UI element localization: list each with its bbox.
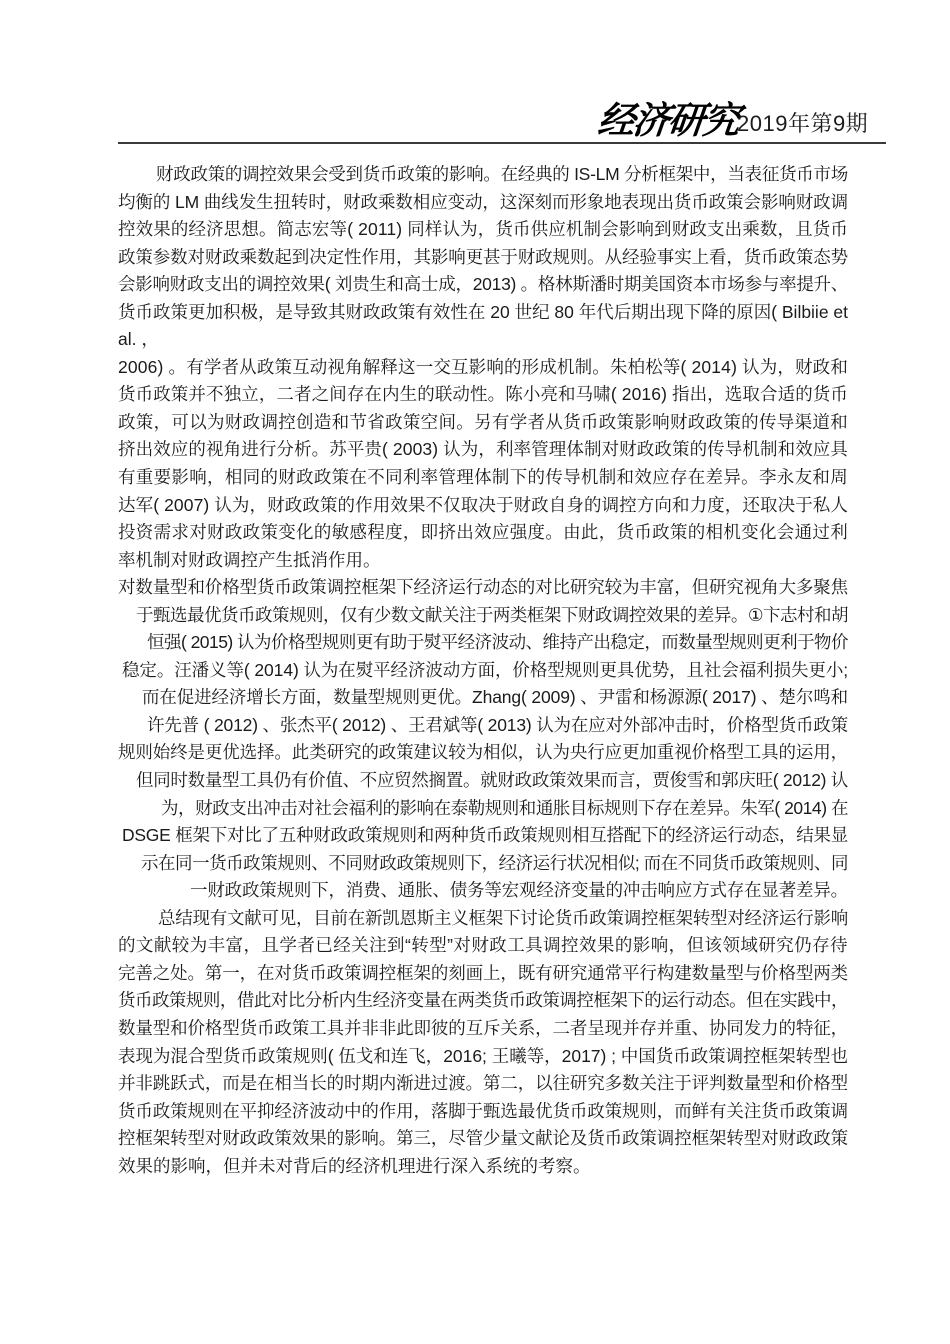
text-line: 政策，可以为财政调控创造和节省政策空间。另有学者从货币政策影响财政政策的传导渠道… xyxy=(118,409,848,437)
text-line: 货币政策并不独立，二者之间存在内生的联动性。陈小亮和马啸( 2016) 指出，选… xyxy=(118,381,848,409)
text-line: 效果的影响，但并未对背后的经济机理进行深入系统的考察。 xyxy=(118,1153,848,1181)
text-line: DSGE 框架下对比了五种财政政策规则和两种货币政策规则相互搭配下的经济运行动态… xyxy=(118,822,848,850)
text-line: 挤出效应的视角进行分析。苏平贵( 2003) 认为，利率管理体制对财政政策的传导… xyxy=(118,436,848,464)
text-line-content: 恒强( 2015) 认为价格型规则更有助于熨平经济波动、维持产出稳定，而数量型规… xyxy=(147,632,848,652)
text-line-content: 总结现有文献可见，目前在新凯恩斯主义框架下讨论货币政策调控框架转型对经济运行影响 xyxy=(158,908,848,928)
text-line-content: 对数量型和价格型货币政策调控框架下经济运行动态的对比研究较为丰富，但研究视角大多… xyxy=(118,577,848,597)
text-line-content: 为，财政支出冲击对社会福利的影响在泰勒规则和通胀目标规则下存在差异。朱军( 20… xyxy=(161,798,848,818)
text-line: 完善之处。第一，在对货币政策调控框架的刻画上，既有研究通常平行构建数量型与价格型… xyxy=(118,960,848,988)
text-line-content: 效果的影响，但并未对背后的经济机理进行深入系统的考察。 xyxy=(118,1156,591,1176)
text-line: 有重要影响，相同的财政政策在不同利率管理体制下的传导机制和效应存在差异。李永友和… xyxy=(118,464,848,492)
text-line: 率机制对财政调控产生抵消作用。 xyxy=(118,547,848,575)
text-line: 一财政政策规则下，消费、通胀、债务等宏观经济变量的冲击响应方式存在显著差异。 xyxy=(118,877,848,905)
text-line: 对数量型和价格型货币政策调控框架下经济运行动态的对比研究较为丰富，但研究视角大多… xyxy=(118,574,848,602)
text-line: 而在促进经济增长方面，数量型规则更优。Zhang( 2009) 、尹雷和杨源源(… xyxy=(118,684,848,712)
text-line: 货币政策更加积极，是导致其财政政策有效性在 20 世纪 80 年代后期出现下降的… xyxy=(118,299,848,327)
text-line-content: 率机制对财政调控产生抵消作用。 xyxy=(118,550,381,570)
text-line: 2006) 。有学者从政策互动视角解释这一交互影响的形成机制。朱柏松等( 201… xyxy=(118,354,848,382)
text-line: 恒强( 2015) 认为价格型规则更有助于熨平经济波动、维持产出稳定，而数量型规… xyxy=(118,629,848,657)
text-line: 投资需求对财政政策变化的敏感程度，即挤出效应强度。由此，货币政策的相机变化会通过… xyxy=(118,519,848,547)
text-line-content: 有重要影响，相同的财政政策在不同利率管理体制下的传导机制和效应存在差异。李永友和… xyxy=(118,467,848,487)
text-line: 财政政策的调控效果会受到货币政策的影响。在经典的 IS-LM 分析框架中，当表征… xyxy=(118,161,848,189)
text-line-content: al. ， xyxy=(118,329,159,349)
text-line: 控框架转型对财政政策效果的影响。第三，尽管少量文献论及货币政策调控框架转型对财政… xyxy=(118,1125,848,1153)
text-line-content: 的文献较为丰富，且学者已经关注到“转型”对财政工具调控效果的影响，但该领域研究仍… xyxy=(118,935,848,955)
text-line-content: 挤出效应的视角进行分析。苏平贵( 2003) 认为，利率管理体制对财政政策的传导… xyxy=(118,439,848,459)
text-line-content: 会影响财政支出的调控效果( 刘贵生和高士成，2013) 。格林斯潘时期美国资本市… xyxy=(118,274,848,294)
header-rule xyxy=(118,142,886,144)
text-line-content: 表现为混合型货币政策规则( 伍戈和连飞，2016; 王曦等，2017) ; 中国… xyxy=(118,1046,848,1066)
journal-page: 经济研究 2019年第9期 财政政策的调控效果会受到货币政策的影响。在经典的 I… xyxy=(0,0,950,1344)
text-line-content: 财政政策的调控效果会受到货币政策的影响。在经典的 IS-LM 分析框架中，当表征… xyxy=(156,164,848,184)
text-line: 稳定。汪潘义等( 2014) 认为在熨平经济波动方面，价格型规则更具优势，且社会… xyxy=(118,657,848,685)
text-line-content: 货币政策更加积极，是导致其财政政策有效性在 20 世纪 80 年代后期出现下降的… xyxy=(118,302,848,322)
text-line-content: 许先普 ( 2012) 、张杰平( 2012) 、王君斌等( 2013) 认为在… xyxy=(147,715,848,735)
text-line-content: 一财政政策规则下，消费、通胀、债务等宏观经济变量的冲击响应方式存在显著差异。 xyxy=(190,880,848,900)
journal-logo: 经济研究 xyxy=(596,98,741,142)
text-line-content: 控框架转型对财政政策效果的影响。第三，尽管少量文献论及货币政策调控框架转型对财政… xyxy=(118,1128,848,1148)
text-line: 规则始终是更优选择。此类研究的政策建议较为相似，认为央行应更加重视价格型工具的运… xyxy=(118,739,848,767)
article-text: 财政政策的调控效果会受到货币政策的影响。在经典的 IS-LM 分析框架中，当表征… xyxy=(118,161,848,1180)
text-line: 会影响财政支出的调控效果( 刘贵生和高士成，2013) 。格林斯潘时期美国资本市… xyxy=(118,271,848,299)
text-line-content: 并非跳跃式，而是在相当长的时期内渐进过渡。第二，以往研究多数关注于评判数量型和价… xyxy=(118,1073,848,1093)
text-line: al. ， xyxy=(118,326,848,354)
text-line: 总结现有文献可见，目前在新凯恩斯主义框架下讨论货币政策调控框架转型对经济运行影响 xyxy=(118,905,848,933)
text-line-content: 政策，可以为财政调控创造和节省政策空间。另有学者从货币政策影响财政政策的传导渠道… xyxy=(118,412,848,432)
page-header: 经济研究 2019年第9期 xyxy=(0,0,950,150)
text-line: 的文献较为丰富，且学者已经关注到“转型”对财政工具调控效果的影响，但该领域研究仍… xyxy=(118,932,848,960)
text-line-content: 于甄选最优货币政策规则，仅有少数文献关注于两类框架下财政调控效果的差异。①卞志村… xyxy=(136,605,848,625)
text-line: 示在同一货币政策规则、不同财政政策规则下，经济运行状况相似; 而在不同货币政策规… xyxy=(118,850,848,878)
text-line-content: DSGE 框架下对比了五种财政政策规则和两种货币政策规则相互搭配下的经济运行动态… xyxy=(122,825,848,845)
text-line: 达军( 2007) 认为，财政政策的作用效果不仅取决于财政自身的调控方向和力度，… xyxy=(118,492,848,520)
text-line-content: 货币政策规则在平抑经济波动中的作用，落脚于甄选最优货币政策规则，而鲜有关注货币政… xyxy=(118,1101,848,1121)
text-line: 但同时数量型工具仍有价值、不应贸然搁置。就财政政策效果而言，贾俊雪和郭庆旺( 2… xyxy=(118,767,848,795)
text-line-content: 示在同一货币政策规则、不同财政政策规则下，经济运行状况相似; 而在不同货币政策规… xyxy=(141,853,848,873)
text-line: 政策参数对财政乘数起到决定性作用，其影响更甚于财政规则。从经验事实上看，货币政策… xyxy=(118,244,848,272)
text-line-content: 控效果的经济思想。简志宏等( 2011) 同样认为，货币供应机制会影响到财政支出… xyxy=(118,219,848,239)
text-line: 许先普 ( 2012) 、张杰平( 2012) 、王君斌等( 2013) 认为在… xyxy=(118,712,848,740)
text-line-content: 均衡的 LM 曲线发生扭转时，财政乘数相应变动，这深刻而形象地表现出货币政策会影… xyxy=(118,192,848,212)
text-line: 并非跳跃式，而是在相当长的时期内渐进过渡。第二，以往研究多数关注于评判数量型和价… xyxy=(118,1070,848,1098)
text-line-content: 规则始终是更优选择。此类研究的政策建议较为相似，认为央行应更加重视价格型工具的运… xyxy=(118,742,848,762)
journal-issue-label: 2019年第9期 xyxy=(737,111,868,137)
text-line-content: 2006) 。有学者从政策互动视角解释这一交互影响的形成机制。朱柏松等( 201… xyxy=(118,357,848,377)
text-line-content: 货币政策并不独立，二者之间存在内生的联动性。陈小亮和马啸( 2016) 指出，选… xyxy=(118,384,848,404)
text-line-content: 但同时数量型工具仍有价值、不应贸然搁置。就财政政策效果而言，贾俊雪和郭庆旺( 2… xyxy=(136,770,848,790)
text-line: 为，财政支出冲击对社会福利的影响在泰勒规则和通胀目标规则下存在差异。朱军( 20… xyxy=(118,795,848,823)
text-line: 于甄选最优货币政策规则，仅有少数文献关注于两类框架下财政调控效果的差异。①卞志村… xyxy=(118,602,848,630)
text-line: 控效果的经济思想。简志宏等( 2011) 同样认为，货币供应机制会影响到财政支出… xyxy=(118,216,848,244)
text-line-content: 货币政策规则，借此对比分析内生经济变量在两类货币政策调控框架下的运行动态。但在实… xyxy=(118,990,848,1010)
text-line: 数量型和价格型货币政策工具并非非此即彼的互斥关系，二者呈现并存并重、协同发力的特… xyxy=(118,1015,848,1043)
text-line-content: 完善之处。第一，在对货币政策调控框架的刻画上，既有研究通常平行构建数量型与价格型… xyxy=(118,963,848,983)
text-line: 表现为混合型货币政策规则( 伍戈和连飞，2016; 王曦等，2017) ; 中国… xyxy=(118,1043,848,1071)
text-line-content: 稳定。汪潘义等( 2014) 认为在熨平经济波动方面，价格型规则更具优势，且社会… xyxy=(122,660,848,680)
text-line-content: 投资需求对财政政策变化的敏感程度，即挤出效应强度。由此，货币政策的相机变化会通过… xyxy=(118,522,848,542)
text-line-content: 而在促进经济增长方面，数量型规则更优。Zhang( 2009) 、尹雷和杨源源(… xyxy=(142,687,848,707)
text-line-content: 政策参数对财政乘数起到决定性作用，其影响更甚于财政规则。从经验事实上看，货币政策… xyxy=(118,247,848,267)
text-line: 均衡的 LM 曲线发生扭转时，财政乘数相应变动，这深刻而形象地表现出货币政策会影… xyxy=(118,189,848,217)
text-line-content: 达军( 2007) 认为，财政政策的作用效果不仅取决于财政自身的调控方向和力度，… xyxy=(118,495,848,515)
text-line: 货币政策规则在平抑经济波动中的作用，落脚于甄选最优货币政策规则，而鲜有关注货币政… xyxy=(118,1098,848,1126)
text-line-content: 数量型和价格型货币政策工具并非非此即彼的互斥关系，二者呈现并存并重、协同发力的特… xyxy=(118,1018,848,1038)
text-line: 货币政策规则，借此对比分析内生经济变量在两类货币政策调控框架下的运行动态。但在实… xyxy=(118,987,848,1015)
